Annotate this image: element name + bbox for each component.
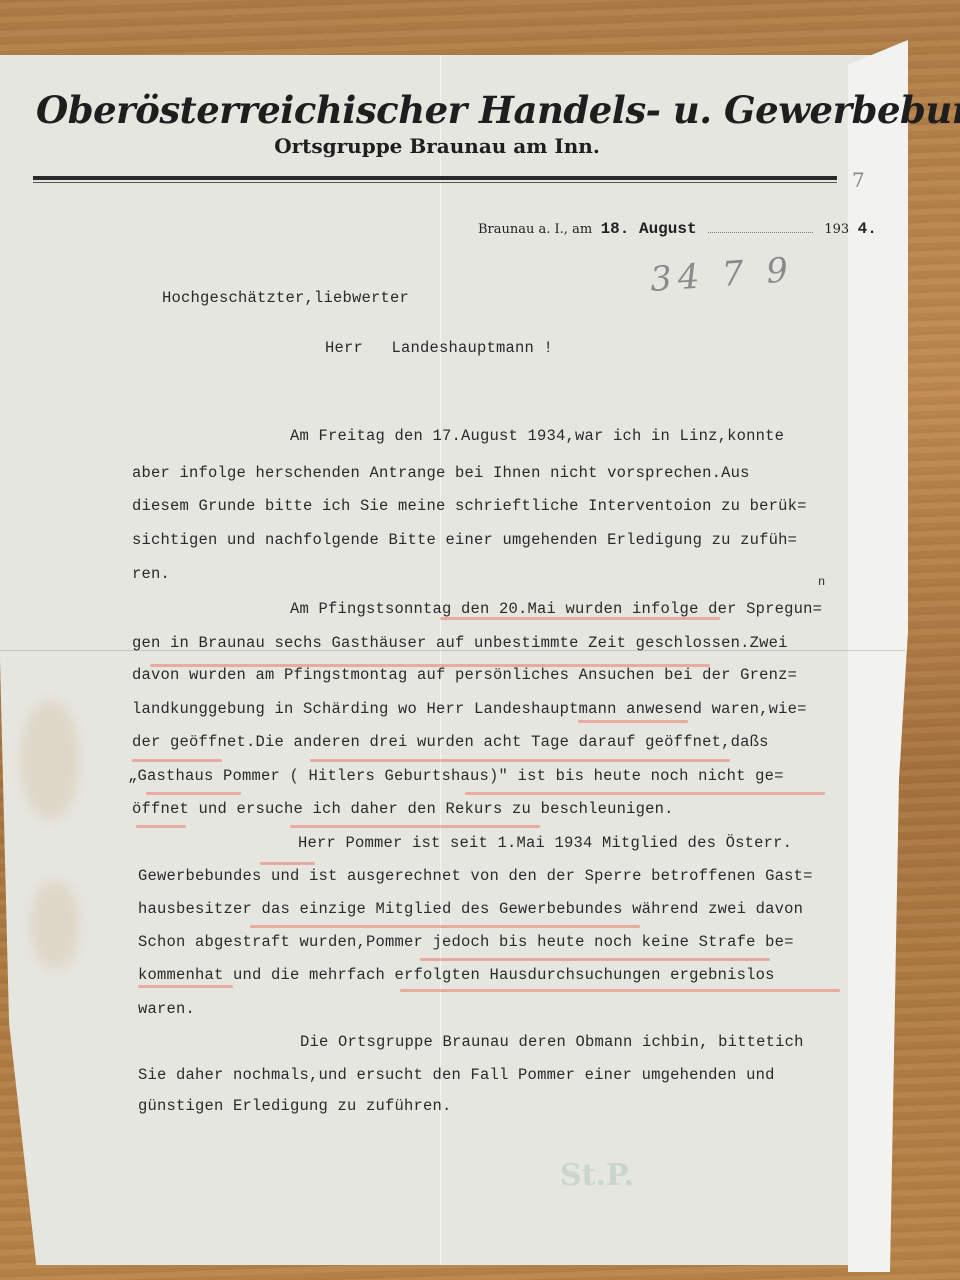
body-line: „Gasthaus Pommer ( Hitlers Geburtshaus)"… [128, 767, 784, 785]
salutation-line-1: Hochgeschätzter,liebwerter [162, 289, 409, 307]
red-underline [420, 958, 770, 961]
red-underline [146, 792, 241, 795]
dateline-year-prefix: 193 [824, 222, 849, 237]
red-underline [250, 925, 640, 928]
paper-stain [20, 700, 80, 820]
body-line: ren. [132, 565, 170, 583]
dateline-date: 18. August [601, 220, 697, 238]
body-line: Gewerbebundes und ist ausgerechnet von d… [138, 867, 813, 885]
red-underline [400, 989, 840, 992]
red-underline [310, 759, 730, 762]
pencil-margin-mark: 7 [852, 168, 865, 192]
letterhead: Oberösterreichischer Handels- u. Gewerbe… [36, 88, 838, 158]
paper-stain [30, 880, 80, 970]
letterhead-rule [33, 176, 837, 180]
red-underline [440, 617, 720, 620]
dateline-year-suffix: 4. [858, 220, 877, 238]
organization-name: Oberösterreichischer Handels- u. Gewerbe… [36, 88, 838, 132]
body-line: Am Pfingstsonntag den 20.Mai wurden info… [290, 600, 822, 618]
body-line: Sie daher nochmals,und ersucht den Fall … [138, 1066, 775, 1084]
body-line: Schon abgestraft wurden,Pommer jedoch bi… [138, 933, 794, 951]
body-line: günstigen Erledigung zu zuführen. [138, 1097, 452, 1115]
body-line: davon wurden am Pfingstmontag auf persön… [132, 666, 797, 684]
body-line: öffnet und ersuche ich daher den Rekurs … [132, 800, 674, 818]
branch-name: Ortsgruppe Braunau am Inn. [36, 134, 838, 158]
salutation-line-2: Herr Landeshauptmann ! [325, 339, 553, 357]
body-line: diesem Grunde bitte ich Sie meine schrie… [132, 497, 807, 515]
body-line: der geöffnet.Die anderen drei wurden ach… [132, 733, 769, 751]
body-line: Herr Pommer ist seit 1.Mai 1934 Mitglied… [298, 834, 792, 852]
red-underline [290, 825, 540, 828]
body-line: n [818, 575, 825, 589]
letterhead-rule-thin [33, 182, 837, 183]
red-underline [132, 759, 222, 762]
body-line: landkunggebung in Schärding wo Herr Land… [132, 700, 807, 718]
red-underline [260, 862, 315, 865]
body-line: waren. [138, 1000, 195, 1018]
red-underline [136, 825, 186, 828]
dotted-fill-line [708, 232, 813, 233]
red-underline [138, 985, 233, 988]
body-line: hausbesitzer das einzige Mitglied des Ge… [138, 900, 803, 918]
body-line: aber infolge herschenden Antrange bei Ih… [132, 464, 750, 482]
dateline: Braunau a. I., am 18. August 193 4. [478, 220, 877, 238]
body-line: kommenhat und die mehrfach erfolgten Hau… [138, 966, 775, 984]
red-underline [150, 664, 710, 667]
body-line: Die Ortsgruppe Braunau deren Obmann ichb… [300, 1033, 804, 1051]
faded-stamp: St.P. [560, 1158, 634, 1193]
red-underline [578, 720, 688, 723]
dateline-place: Braunau a. I., am [478, 222, 592, 237]
body-line: Am Freitag den 17.August 1934,war ich in… [290, 427, 784, 445]
body-line: gen in Braunau sechs Gasthäuser auf unbe… [132, 634, 788, 652]
red-underline [465, 792, 825, 795]
body-line: sichtigen und nachfolgende Bitte einer u… [132, 531, 797, 549]
